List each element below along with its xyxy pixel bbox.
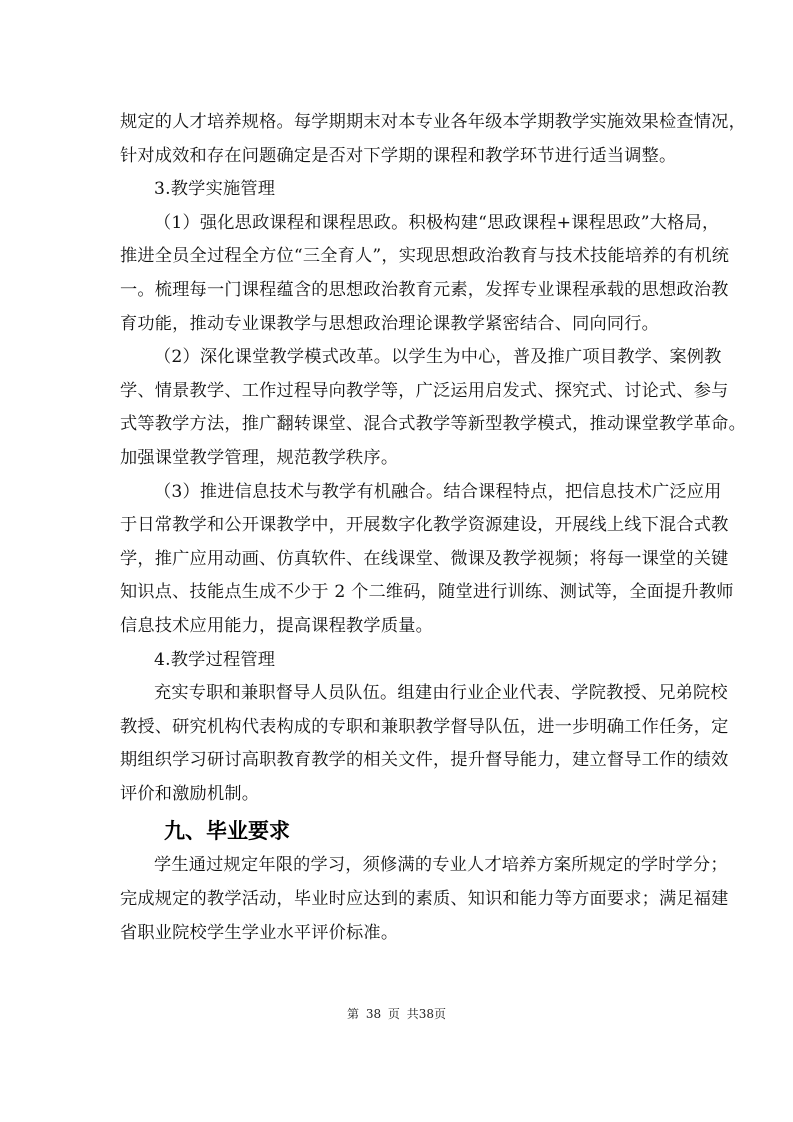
text-line: （2）深化课堂教学模式改革。以学生为中心，普及推广项目教学、案例教 <box>120 341 676 375</box>
text-line: 知识点、技能点生成不少于 2 个二维码，随堂进行训练、测试等，全面提升教师 <box>120 576 676 610</box>
continuation-paragraph: 规定的人才培养规格。每学期期末对本专业各年级本学期教学实施效果检查情况， 针对成… <box>120 106 676 173</box>
text-line: 完成规定的教学活动，毕业时应达到的素质、知识和能力等方面要求；满足福建 <box>120 883 676 917</box>
text-line: 学、情景教学、工作过程导向教学等，广泛运用启发式、探究式、讨论式、参与 <box>120 375 676 409</box>
text-line: 省职业院校学生学业水平评价标准。 <box>120 917 676 951</box>
paragraph-supervision: 充实专职和兼职督导人员队伍。组建由行业企业代表、学院教授、兄弟院校 教授、研究机… <box>120 677 676 811</box>
text-line: （1）强化思政课程和课程思政。积极构建“思政课程+课程思政”大格局， <box>120 207 676 241</box>
text-line: 期组织学习研讨高职教育教学的相关文件，提升督导能力，建立督导工作的绩效 <box>120 744 676 778</box>
text-line: 针对成效和存在问题确定是否对下学期的课程和教学环节进行适当调整。 <box>120 140 676 174</box>
text-line: 推进全员全过程全方位“三全育人”，实现思想政治教育与技术技能培养的有机统 <box>120 240 676 274</box>
paragraph-classroom-reform: （2）深化课堂教学模式改革。以学生为中心，普及推广项目教学、案例教 学、情景教学… <box>120 341 676 475</box>
text-line: 一。梳理每一门课程蕴含的思想政治教育元素，发挥专业课程承载的思想政治教 <box>120 274 676 308</box>
subheading-teaching-implementation: 3.教学实施管理 <box>120 173 676 207</box>
text-line: 育功能，推动专业课教学与思想政治理论课教学紧密结合、同向同行。 <box>120 308 676 342</box>
text-line: （3）推进信息技术与教学有机融合。结合课程特点，把信息技术广泛应用 <box>120 476 676 510</box>
subheading-process-management: 4.教学过程管理 <box>120 644 676 678</box>
text-line: 充实专职和兼职督导人员队伍。组建由行业企业代表、学院教授、兄弟院校 <box>120 677 676 711</box>
text-line: 教授、研究机构代表构成的专职和兼职教学督导队伍，进一步明确工作任务，定 <box>120 711 676 745</box>
document-page: 规定的人才培养规格。每学期期末对本专业各年级本学期教学实施效果检查情况， 针对成… <box>0 0 793 1122</box>
page-number-footer: 第 38 页 共38页 <box>0 1005 793 1022</box>
text-line: 信息技术应用能力，提高课程教学质量。 <box>120 610 676 644</box>
paragraph-graduation-requirements: 学生通过规定年限的学习，须修满的专业人才培养方案所规定的学时学分； 完成规定的教… <box>120 849 676 950</box>
section-heading-graduation-requirements: 九、毕业要求 <box>120 813 676 849</box>
text-line: 学，推广应用动画、仿真软件、在线课堂、微课及教学视频；将每一课堂的关键 <box>120 543 676 577</box>
paragraph-ideological-courses: （1）强化思政课程和课程思政。积极构建“思政课程+课程思政”大格局， 推进全员全… <box>120 207 676 341</box>
text-line: 规定的人才培养规格。每学期期末对本专业各年级本学期教学实施效果检查情况， <box>120 106 676 140</box>
text-line: 加强课堂教学管理，规范教学秩序。 <box>120 442 676 476</box>
text-line: 评价和激励机制。 <box>120 778 676 812</box>
text-line: 学生通过规定年限的学习，须修满的专业人才培养方案所规定的学时学分； <box>120 849 676 883</box>
page-content: 规定的人才培养规格。每学期期末对本专业各年级本学期教学实施效果检查情况， 针对成… <box>120 106 676 950</box>
paragraph-it-integration: （3）推进信息技术与教学有机融合。结合课程特点，把信息技术广泛应用 于日常教学和… <box>120 476 676 644</box>
text-line: 式等教学方法，推广翻转课堂、混合式教学等新型教学模式，推动课堂教学革命。 <box>120 408 676 442</box>
text-line: 于日常教学和公开课教学中，开展数字化教学资源建设，开展线上线下混合式教 <box>120 509 676 543</box>
